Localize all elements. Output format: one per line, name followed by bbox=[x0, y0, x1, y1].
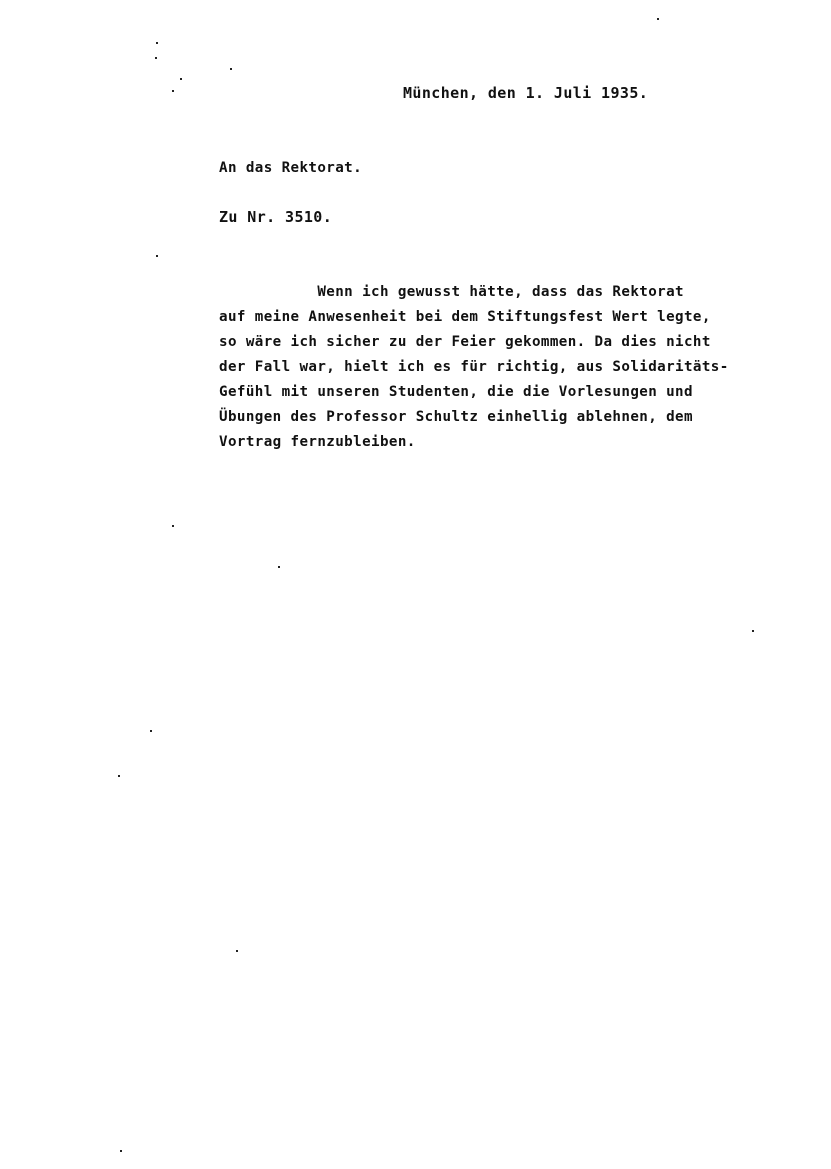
date-line: München, den 1. Juli 1935. bbox=[403, 84, 648, 102]
scan-speck bbox=[156, 255, 158, 257]
scan-speck bbox=[230, 68, 232, 70]
letter-page: München, den 1. Juli 1935. An das Rektor… bbox=[0, 0, 831, 1169]
scan-speck bbox=[120, 1150, 122, 1152]
body-line: Vortrag fernzubleiben. bbox=[219, 434, 416, 450]
body-line: Gefühl mit unseren Studenten, die die Vo… bbox=[219, 384, 693, 400]
scan-speck bbox=[172, 525, 174, 527]
body-line: Wenn ich gewusst hätte, dass das Rektora… bbox=[219, 284, 684, 300]
scan-speck bbox=[156, 42, 158, 44]
reference-number: Zu Nr. 3510. bbox=[219, 208, 332, 226]
scan-speck bbox=[180, 78, 182, 80]
scan-speck bbox=[172, 90, 174, 92]
addressee: An das Rektorat. bbox=[219, 160, 362, 176]
scan-speck bbox=[657, 18, 659, 20]
body-line: der Fall war, hielt ich es für richtig, … bbox=[219, 359, 729, 375]
scan-speck bbox=[150, 730, 152, 732]
body-line: auf meine Anwesenheit bei dem Stiftungsf… bbox=[219, 309, 711, 325]
body-line: so wäre ich sicher zu der Feier gekommen… bbox=[219, 334, 711, 350]
scan-speck bbox=[155, 57, 157, 59]
scan-speck bbox=[236, 950, 238, 952]
body-line: Übungen des Professor Schultz einhellig … bbox=[219, 409, 693, 425]
scan-speck bbox=[118, 775, 120, 777]
scan-speck bbox=[278, 566, 280, 568]
scan-speck bbox=[752, 630, 754, 632]
